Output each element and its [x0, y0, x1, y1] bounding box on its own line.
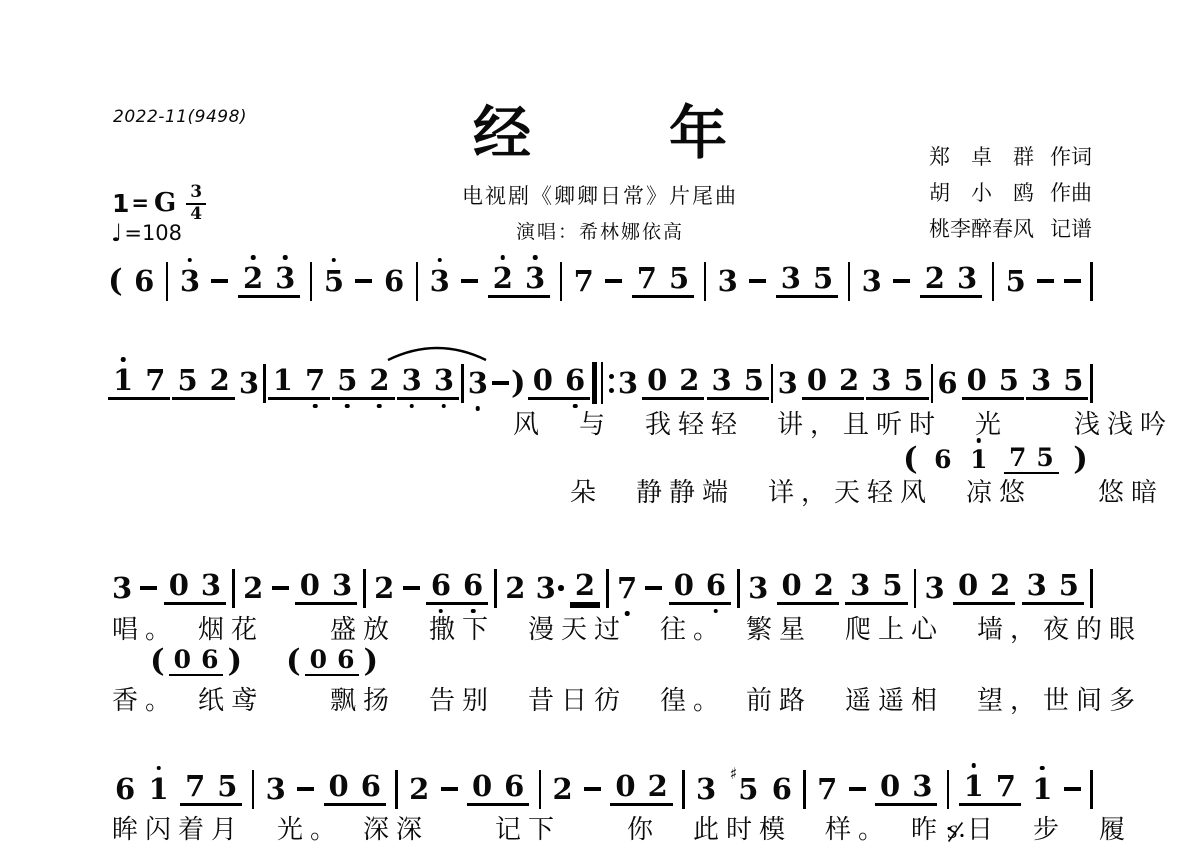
- note-0: 0: [878, 772, 902, 801]
- composer-role: 作曲: [1050, 177, 1092, 207]
- repeat-thin-bar: [601, 362, 604, 404]
- music-line-2: 175231752333)06302353023560535: [108, 360, 1093, 406]
- note-0: 0: [298, 571, 322, 600]
- duration-dash: [297, 787, 314, 791]
- note-7: 7: [572, 267, 596, 296]
- octave-dot-high: [156, 766, 161, 771]
- augmentation-dot: [558, 585, 564, 591]
- credit-composer: 胡 小 鸥 作曲: [929, 177, 1092, 207]
- barline: [737, 569, 740, 608]
- note-1: 1: [271, 366, 295, 395]
- lyricist-name: 郑 卓 群: [929, 141, 1034, 171]
- duration-dash: [605, 279, 622, 283]
- duration-dash: [1064, 279, 1081, 283]
- beam-group: 35: [845, 571, 907, 605]
- barline: [166, 262, 169, 301]
- beam-group: 66: [426, 571, 488, 605]
- note-5: 5: [997, 366, 1021, 395]
- note-6: 6: [132, 267, 156, 296]
- beam-group: 02: [802, 366, 864, 400]
- note-3: 3: [1025, 571, 1049, 600]
- note-3: 3: [237, 369, 261, 398]
- octave-dot-low: [476, 406, 481, 411]
- note-7: 7: [615, 574, 639, 603]
- inline-notation-6175: (6175): [903, 444, 1088, 475]
- duration-dash: [584, 787, 601, 791]
- note-7: 7: [635, 264, 659, 293]
- barline: [395, 770, 398, 809]
- beam-group: 23: [920, 264, 982, 298]
- barline: [803, 770, 806, 809]
- duration-dash: [893, 279, 910, 283]
- note-5: 5: [742, 366, 766, 395]
- note-2: 2: [677, 366, 701, 395]
- key-equals: =: [131, 191, 149, 215]
- quarter-note-icon: ♩: [111, 219, 122, 247]
- barline: [1090, 569, 1093, 608]
- note-6: 6: [502, 772, 526, 801]
- time-signature: 3 4: [186, 183, 206, 223]
- sheet-music-page: 2022-11(9498) 经 年 电视剧《卿卿日常》片尾曲 演唱：希林娜依高 …: [0, 0, 1200, 850]
- note-0: 0: [308, 647, 329, 672]
- octave-dot-high: [283, 255, 288, 260]
- beam-group: 52: [332, 366, 394, 400]
- parenthesis: (: [150, 646, 165, 677]
- note-3: 3: [860, 267, 884, 296]
- note-1: 1: [968, 447, 989, 472]
- music-line-3: 3032032662327063023530235: [110, 565, 1093, 611]
- tempo-marking: ♩ = 108: [111, 219, 182, 247]
- note-5: 5: [322, 267, 346, 296]
- duration-dash: [461, 279, 478, 283]
- beam-group: 75: [180, 772, 242, 806]
- lyric-line-5-before-segno: 眸闪着月 光。 深深 记下 你 此时模 样。 昨: [112, 816, 944, 845]
- barline: [848, 262, 851, 301]
- meter-denominator: 4: [190, 205, 202, 224]
- note-3: 3: [955, 264, 979, 293]
- octave-dot-low: [442, 404, 447, 409]
- beam-group: 75: [1004, 445, 1059, 474]
- octave-dot-low: [471, 609, 476, 614]
- duration-dash: [645, 586, 662, 590]
- beam-group: 52: [172, 366, 234, 400]
- note-0: 0: [965, 366, 989, 395]
- lyric-line-1: 风 与 我轻轻 讲，且听时 光 浅浅吟: [513, 411, 1173, 440]
- note-5: 5: [335, 366, 359, 395]
- beam-group: 05: [962, 366, 1024, 400]
- music-line-4: 61753062062023♯56703171: [113, 766, 1093, 812]
- beam-group: 2: [570, 571, 600, 605]
- note-3: 3: [178, 267, 202, 296]
- barline: [992, 262, 995, 301]
- note-1: 1: [1030, 775, 1054, 804]
- title-char-1: 经: [473, 102, 531, 166]
- beam-group: 06: [669, 571, 731, 605]
- lyric-line-5: 眸闪着月 光。 深深 记下 你 此时模 样。 昨 S 日 步 履: [112, 816, 1132, 845]
- note-0: 0: [613, 772, 637, 801]
- beam-group: 17: [268, 366, 330, 400]
- beam-group: 23: [488, 264, 550, 298]
- octave-dot-low: [714, 609, 719, 614]
- note-5: 5: [880, 571, 904, 600]
- duration-dash: [492, 381, 509, 385]
- barline: [947, 770, 950, 809]
- note-5: 5: [811, 264, 835, 293]
- octave-dot-high: [188, 258, 193, 263]
- note-3: 3: [273, 264, 297, 293]
- note-3: 3: [616, 369, 640, 398]
- note-3: 3: [923, 574, 947, 603]
- note-3: 3: [710, 366, 734, 395]
- octave-dot-low: [410, 404, 415, 409]
- credit-transcriber: 桃李醉春风 记谱: [929, 213, 1092, 243]
- note-7: 7: [143, 366, 167, 395]
- duration-dash: [849, 787, 866, 791]
- note-5: 5: [667, 264, 691, 293]
- beam-group: 03: [875, 772, 937, 806]
- note-7: 7: [1007, 445, 1028, 470]
- lyric-line-3: 唱。 烟花 盛放 撒下 漫天过 往。 繁星 爬上心 墙，夜的眼: [112, 616, 1142, 645]
- note-2: 2: [988, 571, 1012, 600]
- octave-dot-low: [345, 404, 350, 409]
- duration-dash: [1037, 279, 1054, 283]
- barline: [914, 569, 917, 608]
- note-6: 6: [335, 647, 356, 672]
- repeat-begin-sign: [592, 362, 614, 404]
- note-0: 0: [531, 366, 555, 395]
- barline: [494, 569, 497, 608]
- note-3: 3: [428, 267, 452, 296]
- note-5: 5: [1034, 445, 1055, 470]
- octave-dot-high: [332, 258, 337, 263]
- tie-arc: [386, 342, 488, 362]
- parenthesis: ): [227, 646, 242, 677]
- transcriber-name: 桃李醉春风: [929, 213, 1034, 243]
- note-1: 1: [962, 772, 986, 801]
- octave-dot-high: [533, 255, 538, 260]
- beam-group: 33: [397, 366, 459, 400]
- note-2: 2: [367, 366, 391, 395]
- note-0: 0: [780, 571, 804, 600]
- note-2: 2: [241, 264, 265, 293]
- note-5: ♯5: [727, 775, 760, 804]
- note-7: 7: [303, 366, 327, 395]
- parenthesis: (: [286, 646, 301, 677]
- note-5: 5: [215, 772, 239, 801]
- beam-group: 23: [238, 264, 300, 298]
- note-5: 5: [1004, 267, 1028, 296]
- parenthesis: ): [363, 646, 378, 677]
- duration-dash: [1064, 787, 1081, 791]
- note-3: 3: [466, 369, 490, 398]
- note-2: 2: [503, 574, 527, 603]
- duration-dash: [211, 279, 228, 283]
- octave-dot-low: [377, 404, 382, 409]
- note-3: 3: [264, 775, 288, 804]
- note-2: 2: [551, 775, 575, 804]
- parenthesis: ): [1073, 444, 1088, 475]
- beam-group: 75: [632, 264, 694, 298]
- note-5: 5: [1057, 571, 1081, 600]
- note-0: 0: [470, 772, 494, 801]
- inline-notation-06-b: (06): [286, 646, 378, 677]
- note-6: 6: [461, 571, 485, 600]
- octave-dot-high: [971, 763, 976, 768]
- duration-dash: [355, 279, 372, 283]
- barline: [1090, 262, 1093, 301]
- lyric-line-2: 朵 静静端 详，天轻风 凉悠 悠暗: [570, 479, 1164, 508]
- barline: [416, 262, 419, 301]
- sharp-icon: ♯: [729, 764, 737, 783]
- composer-name: 胡 小 鸥: [929, 177, 1034, 207]
- duration-dash: [441, 787, 458, 791]
- note-7: 7: [815, 775, 839, 804]
- beam-group: 06: [324, 772, 386, 806]
- barline: [771, 364, 774, 403]
- note-2: 2: [923, 264, 947, 293]
- note-2: 2: [837, 366, 861, 395]
- inline-notation-06-a: (06): [150, 646, 242, 677]
- beam-group: 02: [953, 571, 1015, 605]
- note-6: 6: [199, 647, 220, 672]
- note-0: 0: [672, 571, 696, 600]
- duration-dash: [403, 586, 420, 590]
- repeat-dots: [609, 374, 614, 393]
- beam-group: 35: [866, 366, 928, 400]
- tempo-equals: =: [124, 221, 142, 245]
- barline: [560, 262, 563, 301]
- note-3: 3: [534, 574, 558, 603]
- note-2: 2: [208, 366, 232, 395]
- segno-icon: S: [946, 820, 965, 844]
- note-0: 0: [167, 571, 191, 600]
- octave-dot-high: [251, 255, 256, 260]
- beam-group: 02: [777, 571, 839, 605]
- beam-group: 17: [959, 772, 1021, 806]
- note-3: 3: [910, 772, 934, 801]
- barline: [1090, 364, 1093, 403]
- barline: [461, 364, 464, 403]
- note-3: 3: [848, 571, 872, 600]
- beam-group: 35: [1022, 571, 1084, 605]
- beam-group: 35: [1026, 366, 1088, 400]
- note-2: 2: [812, 571, 836, 600]
- note-6: 6: [932, 447, 953, 472]
- barline: [606, 569, 609, 608]
- duration-dash: [140, 586, 157, 590]
- note-2: 2: [407, 775, 431, 804]
- beam-group: 02: [610, 772, 672, 806]
- note-6: 6: [563, 366, 587, 395]
- octave-dot-low: [313, 404, 318, 409]
- note-7: 7: [183, 772, 207, 801]
- barline: [704, 262, 707, 301]
- note-6: 6: [770, 775, 794, 804]
- barline: [1090, 770, 1093, 809]
- note-0: 0: [805, 366, 829, 395]
- tempo-bpm: 108: [142, 221, 182, 245]
- beam-group: 06: [467, 772, 529, 806]
- note-6: 6: [382, 267, 406, 296]
- note-6: 6: [704, 571, 728, 600]
- meter-numerator: 3: [186, 183, 206, 205]
- lyricist-role: 作词: [1050, 141, 1092, 171]
- barline: [682, 770, 685, 809]
- note-3: 3: [199, 571, 223, 600]
- note-3: 3: [716, 267, 740, 296]
- note-3: 3: [110, 574, 134, 603]
- note-0: 0: [645, 366, 669, 395]
- duration-dash: [272, 586, 289, 590]
- note-3: 3: [779, 264, 803, 293]
- octave-dot-high: [437, 258, 442, 263]
- note-5: 5: [175, 366, 199, 395]
- note-6: 6: [429, 571, 453, 600]
- credits-block: 郑 卓 群 作词 胡 小 鸥 作曲 桃李醉春风 记谱: [929, 141, 1092, 243]
- repeat-dot: [609, 374, 614, 379]
- key-letter: G: [154, 188, 176, 218]
- octave-dot-high: [1040, 766, 1045, 771]
- lyric-line-4: 香。 纸鸢 飘扬 告别 昔日彷 徨。 前路 遥遥相 望，世间多: [112, 687, 1142, 716]
- octave-dot-high: [501, 255, 506, 260]
- note-6: 6: [935, 369, 959, 398]
- beam-group: 06: [305, 647, 360, 676]
- note-3: 3: [1029, 366, 1053, 395]
- note-3: 3: [746, 574, 770, 603]
- note-3: 3: [776, 369, 800, 398]
- note-6: 6: [359, 772, 383, 801]
- note-5: 5: [901, 366, 925, 395]
- octave-dot-low: [439, 609, 444, 614]
- barline: [539, 770, 542, 809]
- key-tonic: 1: [112, 189, 129, 218]
- note-2: 2: [491, 264, 515, 293]
- note-0: 0: [327, 772, 351, 801]
- beam-group: 03: [164, 571, 226, 605]
- beam-group: 35: [707, 366, 769, 400]
- note-3: 3: [694, 775, 718, 804]
- note-1: 1: [147, 775, 171, 804]
- barline: [931, 364, 934, 403]
- title-char-2: 年: [669, 102, 727, 166]
- note-0: 0: [956, 571, 980, 600]
- note-2: 2: [372, 574, 396, 603]
- octave-dot-low: [573, 404, 578, 409]
- note-3: 3: [869, 366, 893, 395]
- parenthesis: (: [903, 444, 918, 475]
- barline: [232, 569, 235, 608]
- duration-dash: [749, 279, 766, 283]
- barline: [263, 364, 266, 403]
- note-2: 2: [241, 574, 265, 603]
- beam-group: 02: [642, 366, 704, 400]
- barline: [363, 569, 366, 608]
- note-3: 3: [432, 366, 456, 395]
- beam-group: 06: [169, 647, 224, 676]
- parenthesis: (: [108, 266, 123, 297]
- note-0: 0: [172, 647, 193, 672]
- note-2: 2: [573, 571, 597, 600]
- note-3: 3: [400, 366, 424, 395]
- repeat-thick-bar: [592, 362, 597, 404]
- music-line-1: (6323563237753353235: [108, 258, 1093, 304]
- note-6: 6: [113, 775, 137, 804]
- octave-dot-high: [121, 357, 126, 362]
- note-3: 3: [523, 264, 547, 293]
- note-1: 1: [111, 366, 135, 395]
- credit-lyricist: 郑 卓 群 作词: [929, 141, 1092, 171]
- barline: [252, 770, 255, 809]
- beam-group: 35: [776, 264, 838, 298]
- lyric-line-5-after-segno: 日 步 履: [967, 816, 1132, 845]
- key-signature: 1 = G 3 4: [112, 183, 206, 223]
- barline: [310, 262, 313, 301]
- parenthesis: ): [511, 368, 526, 399]
- transcriber-role: 记谱: [1050, 213, 1092, 243]
- note-3: 3: [330, 571, 354, 600]
- beam-group: 06: [528, 366, 590, 400]
- beam-group: 17: [108, 366, 170, 400]
- note-2: 2: [646, 772, 670, 801]
- beam-group: 03: [295, 571, 357, 605]
- note-7: 7: [994, 772, 1018, 801]
- repeat-dot: [609, 388, 614, 393]
- note-5: 5: [1061, 366, 1085, 395]
